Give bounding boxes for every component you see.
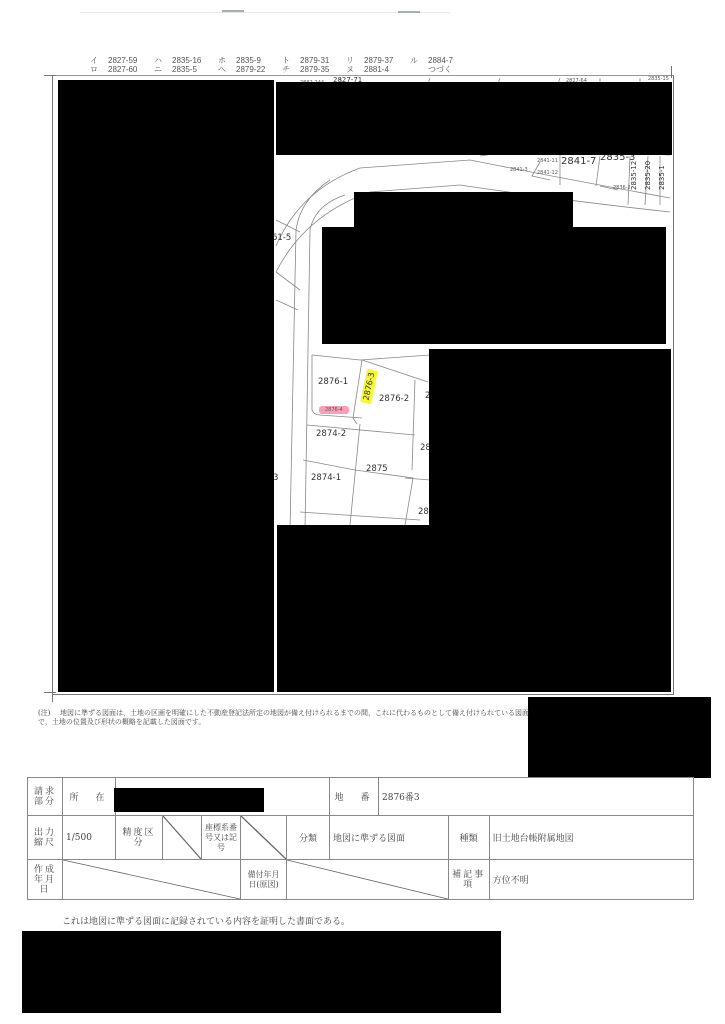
scale-label: 出力縮尺 <box>28 816 63 860</box>
location-label: 所 在 <box>63 778 116 816</box>
accuracy-value-empty <box>163 816 202 860</box>
map-note: (注)地図に準ずる図面は，土地の区画を明確にした不動産登記法所定の地図が備え付け… <box>38 709 538 727</box>
created-label: 作成年月日 <box>28 860 63 900</box>
redaction-block <box>277 525 431 692</box>
remarks-value: 方位不明 <box>489 860 693 900</box>
lot-label-2874-2: 2874-2 <box>316 429 346 439</box>
certificate-table: 請求部分 所 在 地 番 2876番3 出力縮尺 1/500 精度区分 座標系番… <box>27 777 694 900</box>
lot-label-2876-1: 2876-1 <box>318 377 348 387</box>
request-part-label: 請求部分 <box>28 778 63 816</box>
scale-value: 1/500 <box>63 816 116 860</box>
lot-number-label: 地 番 <box>330 778 379 816</box>
filed-value-empty <box>287 860 449 900</box>
type-label: 種類 <box>448 816 489 860</box>
location-value <box>116 778 330 816</box>
filed-label: 備付年月日(原図) <box>241 860 287 900</box>
redaction-block <box>322 227 666 344</box>
lot-label: 2841-7 <box>561 156 596 167</box>
lot-label-2874-1: 2874-1 <box>311 473 341 483</box>
lot-label: 2841-11 <box>537 158 558 164</box>
lot-number-value: 2876番3 <box>379 778 694 816</box>
note-text: 地図に準ずる図面は，土地の区画を明確にした不動産登記法所定の地図が備え付けられる… <box>38 709 529 726</box>
type-value: 旧土地台帳附属地図 <box>489 816 693 860</box>
lot-label: 2835-12 <box>630 161 638 190</box>
certification-statement: これは地図に準ずる図面に記録されている内容を証明した書面である。 <box>62 914 350 927</box>
redaction-block <box>276 82 672 155</box>
accuracy-label: 精度区分 <box>116 816 163 860</box>
lot-label-2876-2: 2876-2 <box>379 394 409 404</box>
redaction-block <box>58 80 274 692</box>
note-label: (注) <box>38 709 60 718</box>
classification-label: 分類 <box>287 816 330 860</box>
adjacent-lot-highlight: 2876-4 <box>319 406 349 414</box>
lot-label: 2835-20 <box>644 161 652 190</box>
redaction-block <box>22 931 501 1013</box>
classification-value: 地図に準ずる図面 <box>330 816 449 860</box>
redaction-block <box>528 697 711 778</box>
created-value-empty <box>63 860 241 900</box>
lot-label: 2841-12 <box>537 170 558 176</box>
remarks-label: 補記事項 <box>448 860 489 900</box>
coord-value-empty <box>241 816 287 860</box>
coord-label: 座標系番号又は記号 <box>202 816 241 860</box>
lot-label-2875: 2875 <box>366 464 388 474</box>
lot-label: 61-5 <box>272 233 291 243</box>
lot-label: 2836-2 <box>613 185 631 191</box>
location-redaction <box>114 788 264 812</box>
lot-label: 28 <box>418 507 429 517</box>
lot-label: 2841-3 <box>510 167 528 173</box>
redaction-block <box>429 349 671 692</box>
lot-label: 2835-1 <box>658 165 666 190</box>
redaction-block <box>354 192 573 228</box>
